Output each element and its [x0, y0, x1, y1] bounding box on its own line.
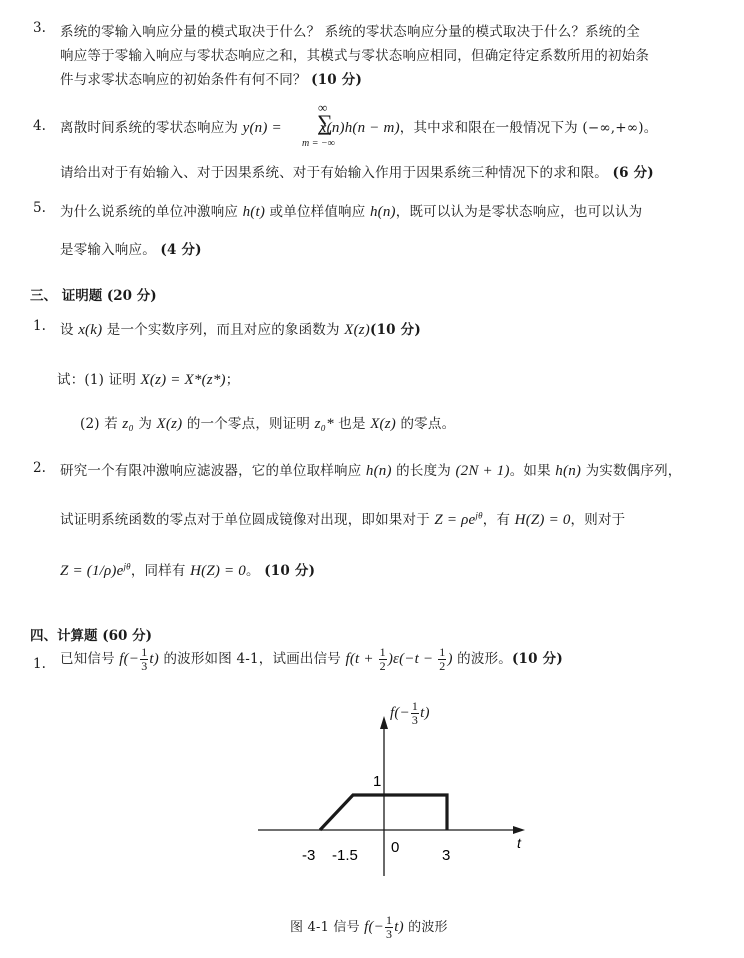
x-axis-label: t — [517, 835, 522, 851]
tick-label: 3 — [442, 847, 450, 864]
tick-label: -3 — [302, 847, 315, 864]
y-label-t: t) — [420, 705, 430, 721]
fraction: 13 — [411, 700, 419, 727]
frac-den: 3 — [385, 928, 393, 941]
level-label: 1 — [373, 773, 381, 790]
frac-num: 1 — [385, 914, 393, 928]
y-axis-arrow-icon — [380, 716, 388, 729]
waveform-figure: 1 -3 -1.5 0 3 t — [0, 0, 744, 958]
frac-den: 3 — [411, 714, 419, 727]
caption-f: f(− — [364, 919, 384, 935]
x-axis-arrow-icon — [513, 826, 525, 834]
caption-text: 图 4-1 信号 — [290, 920, 364, 935]
frac-num: 1 — [411, 700, 419, 714]
tick-label: -1.5 — [332, 847, 358, 864]
fraction: 13 — [385, 914, 393, 941]
caption-text: 的波形 — [404, 920, 448, 935]
y-label-f: f(− — [390, 705, 410, 721]
figure-caption: 图 4-1 信号 f(−13t) 的波形 — [290, 914, 448, 941]
caption-t: t) — [394, 919, 404, 935]
tick-label: 0 — [391, 839, 399, 856]
y-axis-label: f(−13t) — [390, 700, 430, 727]
